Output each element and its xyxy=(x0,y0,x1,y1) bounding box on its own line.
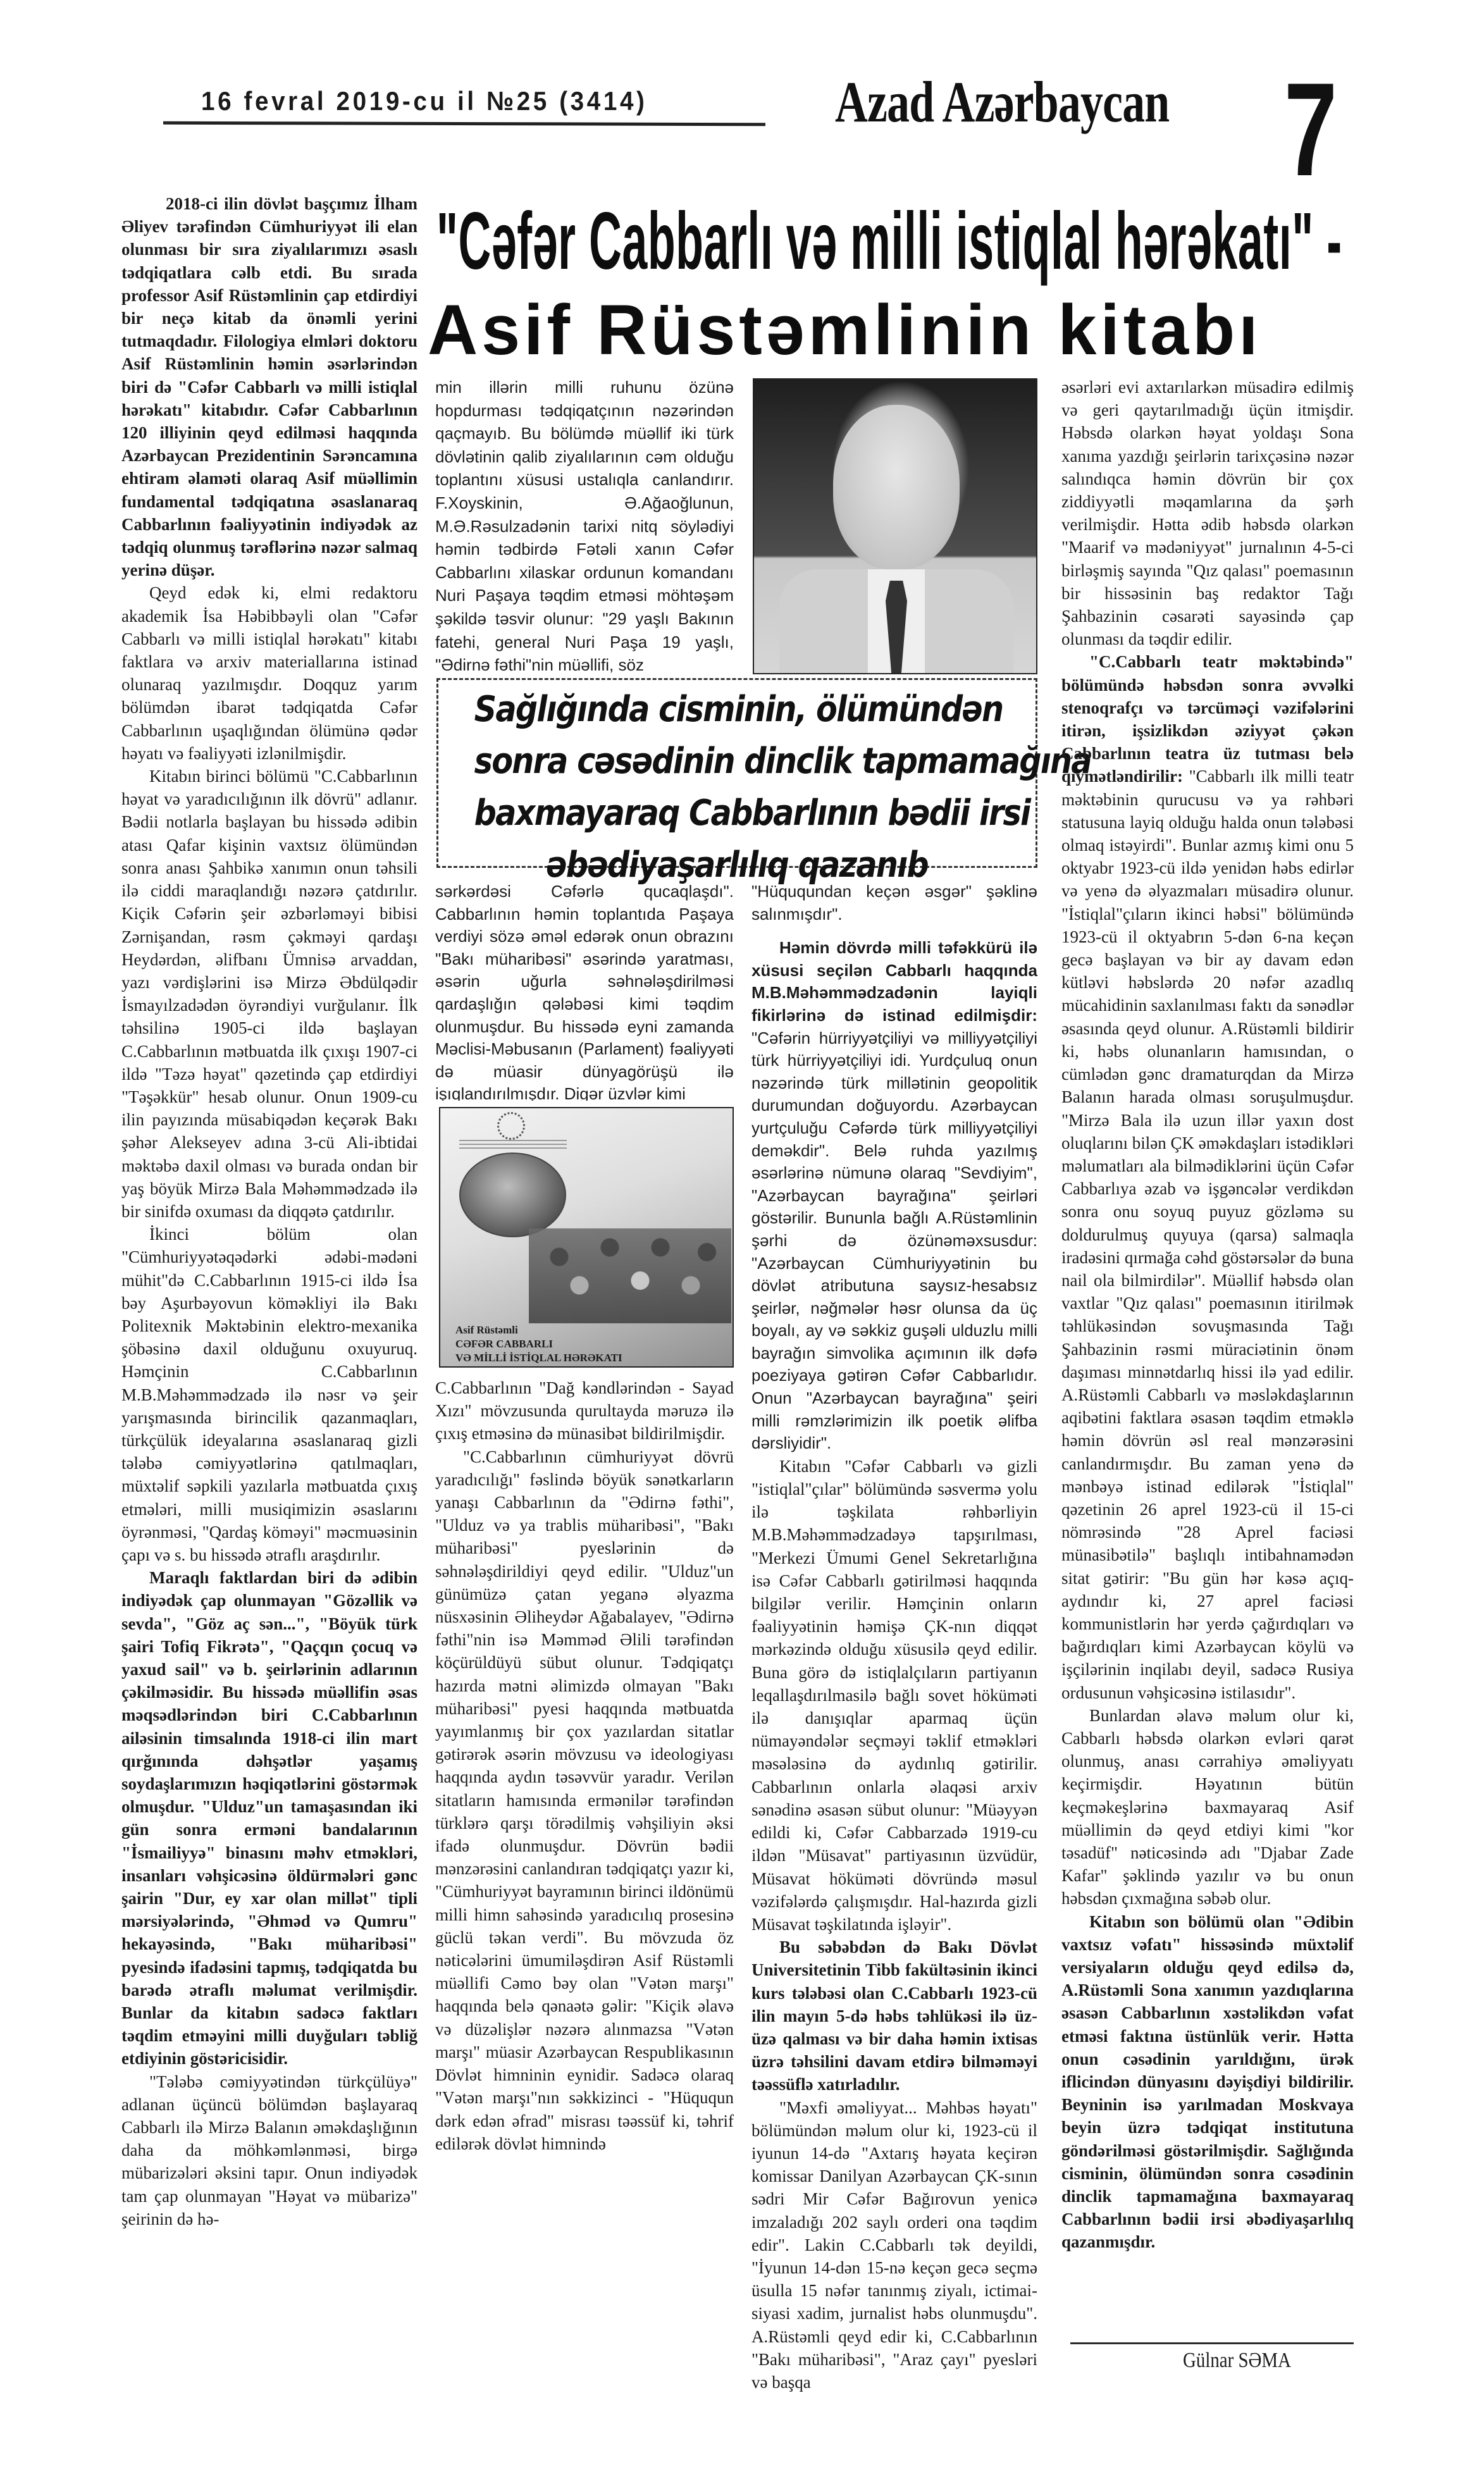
paragraph-rest: "Cəfərin hürriyyətçiliyi və milliyyətçil… xyxy=(751,1029,1037,1453)
book-cover-text: Asif Rüstəmli CƏFƏR CABBARLI VƏ MİLLİ İS… xyxy=(455,1323,622,1365)
paragraph: Qeyd edək ki, elmi redaktoru akademik İs… xyxy=(121,581,417,765)
author-photo xyxy=(753,378,1037,674)
pull-quote-line: sonra cəsədinin dinclik tapmamağına xyxy=(474,732,1000,784)
article-column-2-bottom: C.Cabbarlının "Dağ kəndlərindən - Sayad … xyxy=(435,1376,734,2423)
article-column-2-middle: sərkərdəsi Cəfərlə qucaqlaşdı". Cabbarlı… xyxy=(435,881,734,1101)
paragraph: Həmin dövrdə milli təfəkkürü ilə xüsusi … xyxy=(751,937,1037,1455)
book-author: Asif Rüstəmli xyxy=(455,1323,622,1337)
paragraph: sərkərdəsi Cəfərlə qucaqlaşdı". Cabbarlı… xyxy=(435,881,734,1101)
lead-paragraph: 2018-ci ilin dövlət başçımız İlham Əliye… xyxy=(121,192,417,581)
paragraph: C.Cabbarlının "Dağ kəndlərindən - Sayad … xyxy=(435,1376,734,1445)
article-column-1: 2018-ci ilin dövlət başçımız İlham Əliye… xyxy=(121,192,417,2425)
newspaper-masthead: Azad Azərbaycan xyxy=(835,68,1169,135)
signature-rule xyxy=(1070,2342,1354,2344)
paragraph-bold: Kitabın son bölümü olan "Ədibin vaxtsız … xyxy=(1061,1910,1354,2254)
paragraph-rest: "Cabbarlı ilk milli teatr məktəbinin qur… xyxy=(1061,767,1354,1702)
pull-quote-line: baxmayaraq Cabbarlının bədii irsi xyxy=(474,784,1000,836)
photo-face xyxy=(833,405,960,569)
dateline-rule xyxy=(163,121,765,126)
book-cover-image: Asif Rüstəmli CƏFƏR CABBARLI VƏ MİLLİ İS… xyxy=(439,1107,734,1368)
pull-quote-line: Sağlığında cisminin, ölümündən xyxy=(474,680,1000,732)
paragraph: "C.Cabbarlının cümhuriyyət dövrü yaradıc… xyxy=(435,1445,734,2155)
paragraph: "Hüququndan keçən əsgər" şəklinə salınmı… xyxy=(751,881,1037,925)
book-title-line-2: VƏ MİLLİ İSTİQLAL HƏRƏKATI xyxy=(455,1351,622,1365)
paragraph: İkinci bölüm olan "Cümhuriyyətəqədərki ə… xyxy=(121,1223,417,1566)
group-photo xyxy=(529,1228,731,1323)
article-column-4: əsərləri evi axtarılarkən müsadirə edilm… xyxy=(1061,376,1354,2337)
article-column-3: "Hüququndan keçən əsgər" şəklinə salınmı… xyxy=(751,881,1037,2424)
pull-quote-box: Sağlığında cisminin, ölümündən sonra cəs… xyxy=(436,678,1037,868)
paragraph: Bunlardan əlavə məlum olur ki, Cabbarlı … xyxy=(1061,1704,1354,1910)
paragraph: Kitabın birinci bölümü "C.Cabbarlının hə… xyxy=(121,765,417,1223)
paragraph-bold: Maraqlı faktlardan biri də ədibin indiyə… xyxy=(121,1566,417,2070)
paragraph: "Məxfi əməliyyat... Məhbəs həyatı" bölüm… xyxy=(751,2096,1037,2394)
paragraph: "C.Cabbarlı teatr məktəbində" bölümündə … xyxy=(1061,650,1354,1703)
paragraph: "Tələbə cəmiyyətindən türkçülüyə" adlana… xyxy=(121,2070,417,2230)
bold-lead: "C.Cabbarlı teatr məktəbində" bölümündə … xyxy=(1061,652,1354,786)
issue-dateline: 16 fevral 2019-cu il №25 (3414) xyxy=(201,86,648,116)
pull-quote-line: əbədiyaşarlılıq qazanıb xyxy=(474,836,1000,887)
paragraph: min illərin milli ruhunu özünə hopdurmas… xyxy=(435,376,734,673)
emblem-caption xyxy=(459,1140,567,1151)
state-emblem-icon xyxy=(497,1112,525,1140)
cabbarli-portrait xyxy=(459,1153,566,1237)
column-3-narrow-section: "Hüququndan keçən əsgər" şəklinə salınmı… xyxy=(751,881,1037,1455)
headline-line-1: "Cəfər Cabbarlı və milli istiqlal hərəka… xyxy=(436,201,1342,282)
paragraph: əsərləri evi axtarılarkən müsadirə edilm… xyxy=(1061,376,1354,650)
article-column-2-top: min illərin milli ruhunu özünə hopdurmas… xyxy=(435,376,734,673)
book-title-line-1: CƏFƏR CABBARLI xyxy=(455,1337,622,1351)
paragraph-bold: Bu səbəbdən də Bakı Dövlət Universitetin… xyxy=(751,1936,1037,2096)
paragraph: Kitabın "Cəfər Cabbarlı və gizli "istiql… xyxy=(751,1455,1037,1936)
bold-lead: Həmin dövrdə milli təfəkkürü ilə xüsusi … xyxy=(751,938,1037,1025)
headline-line-2: Asif Rüstəmlinin kitabı xyxy=(428,295,1261,366)
page-number: 7 xyxy=(1284,63,1337,196)
author-byline: Gülnar SƏMA xyxy=(1183,2349,1291,2373)
